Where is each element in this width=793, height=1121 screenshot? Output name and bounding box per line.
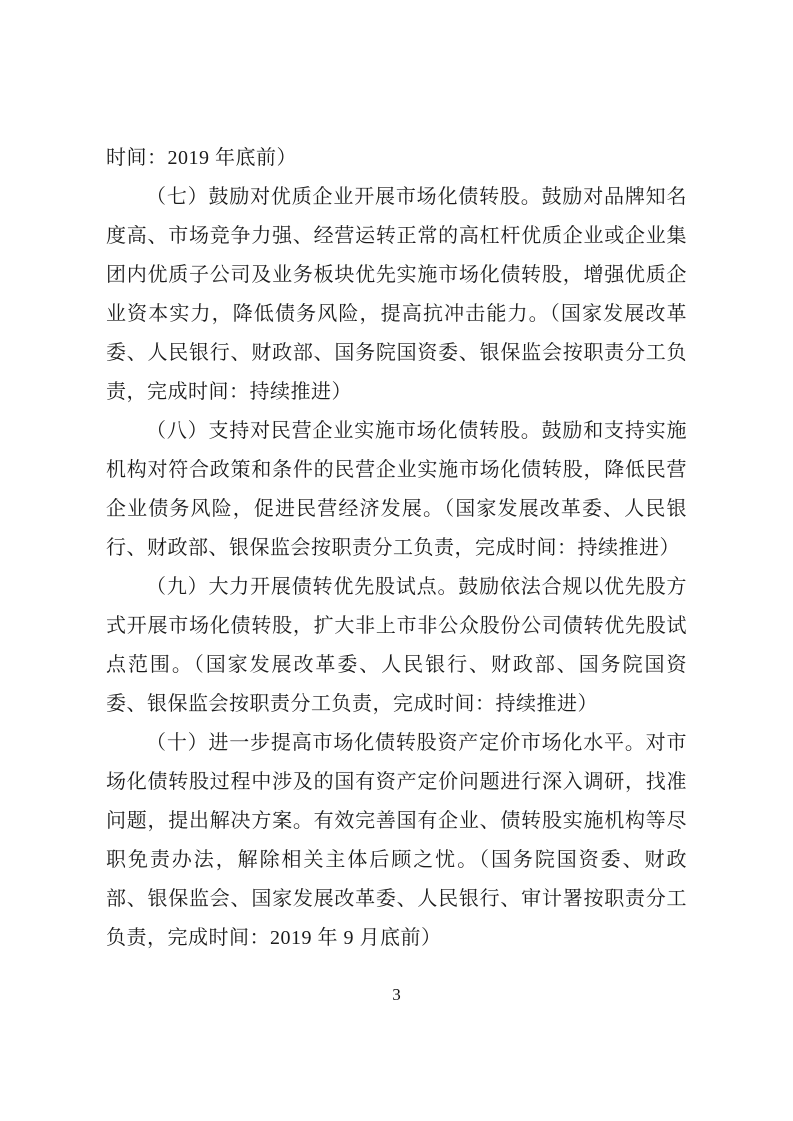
paragraph-continuation: 时间：2019 年底前） (106, 139, 687, 178)
paragraph-item-nine: （九）大力开展债转优先股试点。鼓励依法合规以优先股方式开展市场化债转股，扩大非上… (106, 568, 687, 724)
paragraph-item-eight: （八）支持对民营企业实施市场化债转股。鼓励和支持实施机构对符合政策和条件的民营企… (106, 412, 687, 568)
document-page: 时间：2019 年底前） （七）鼓励对优质企业开展市场化债转股。鼓励对品牌知名度… (0, 0, 793, 1121)
paragraph-item-ten: （十）进一步提高市场化债转股资产定价市场化水平。对市场化债转股过程中涉及的国有资… (106, 724, 687, 958)
page-number: 3 (0, 984, 793, 1006)
paragraph-item-seven: （七）鼓励对优质企业开展市场化债转股。鼓励对品牌知名度高、市场竞争力强、经营运转… (106, 178, 687, 412)
document-body: 时间：2019 年底前） （七）鼓励对优质企业开展市场化债转股。鼓励对品牌知名度… (106, 139, 687, 958)
